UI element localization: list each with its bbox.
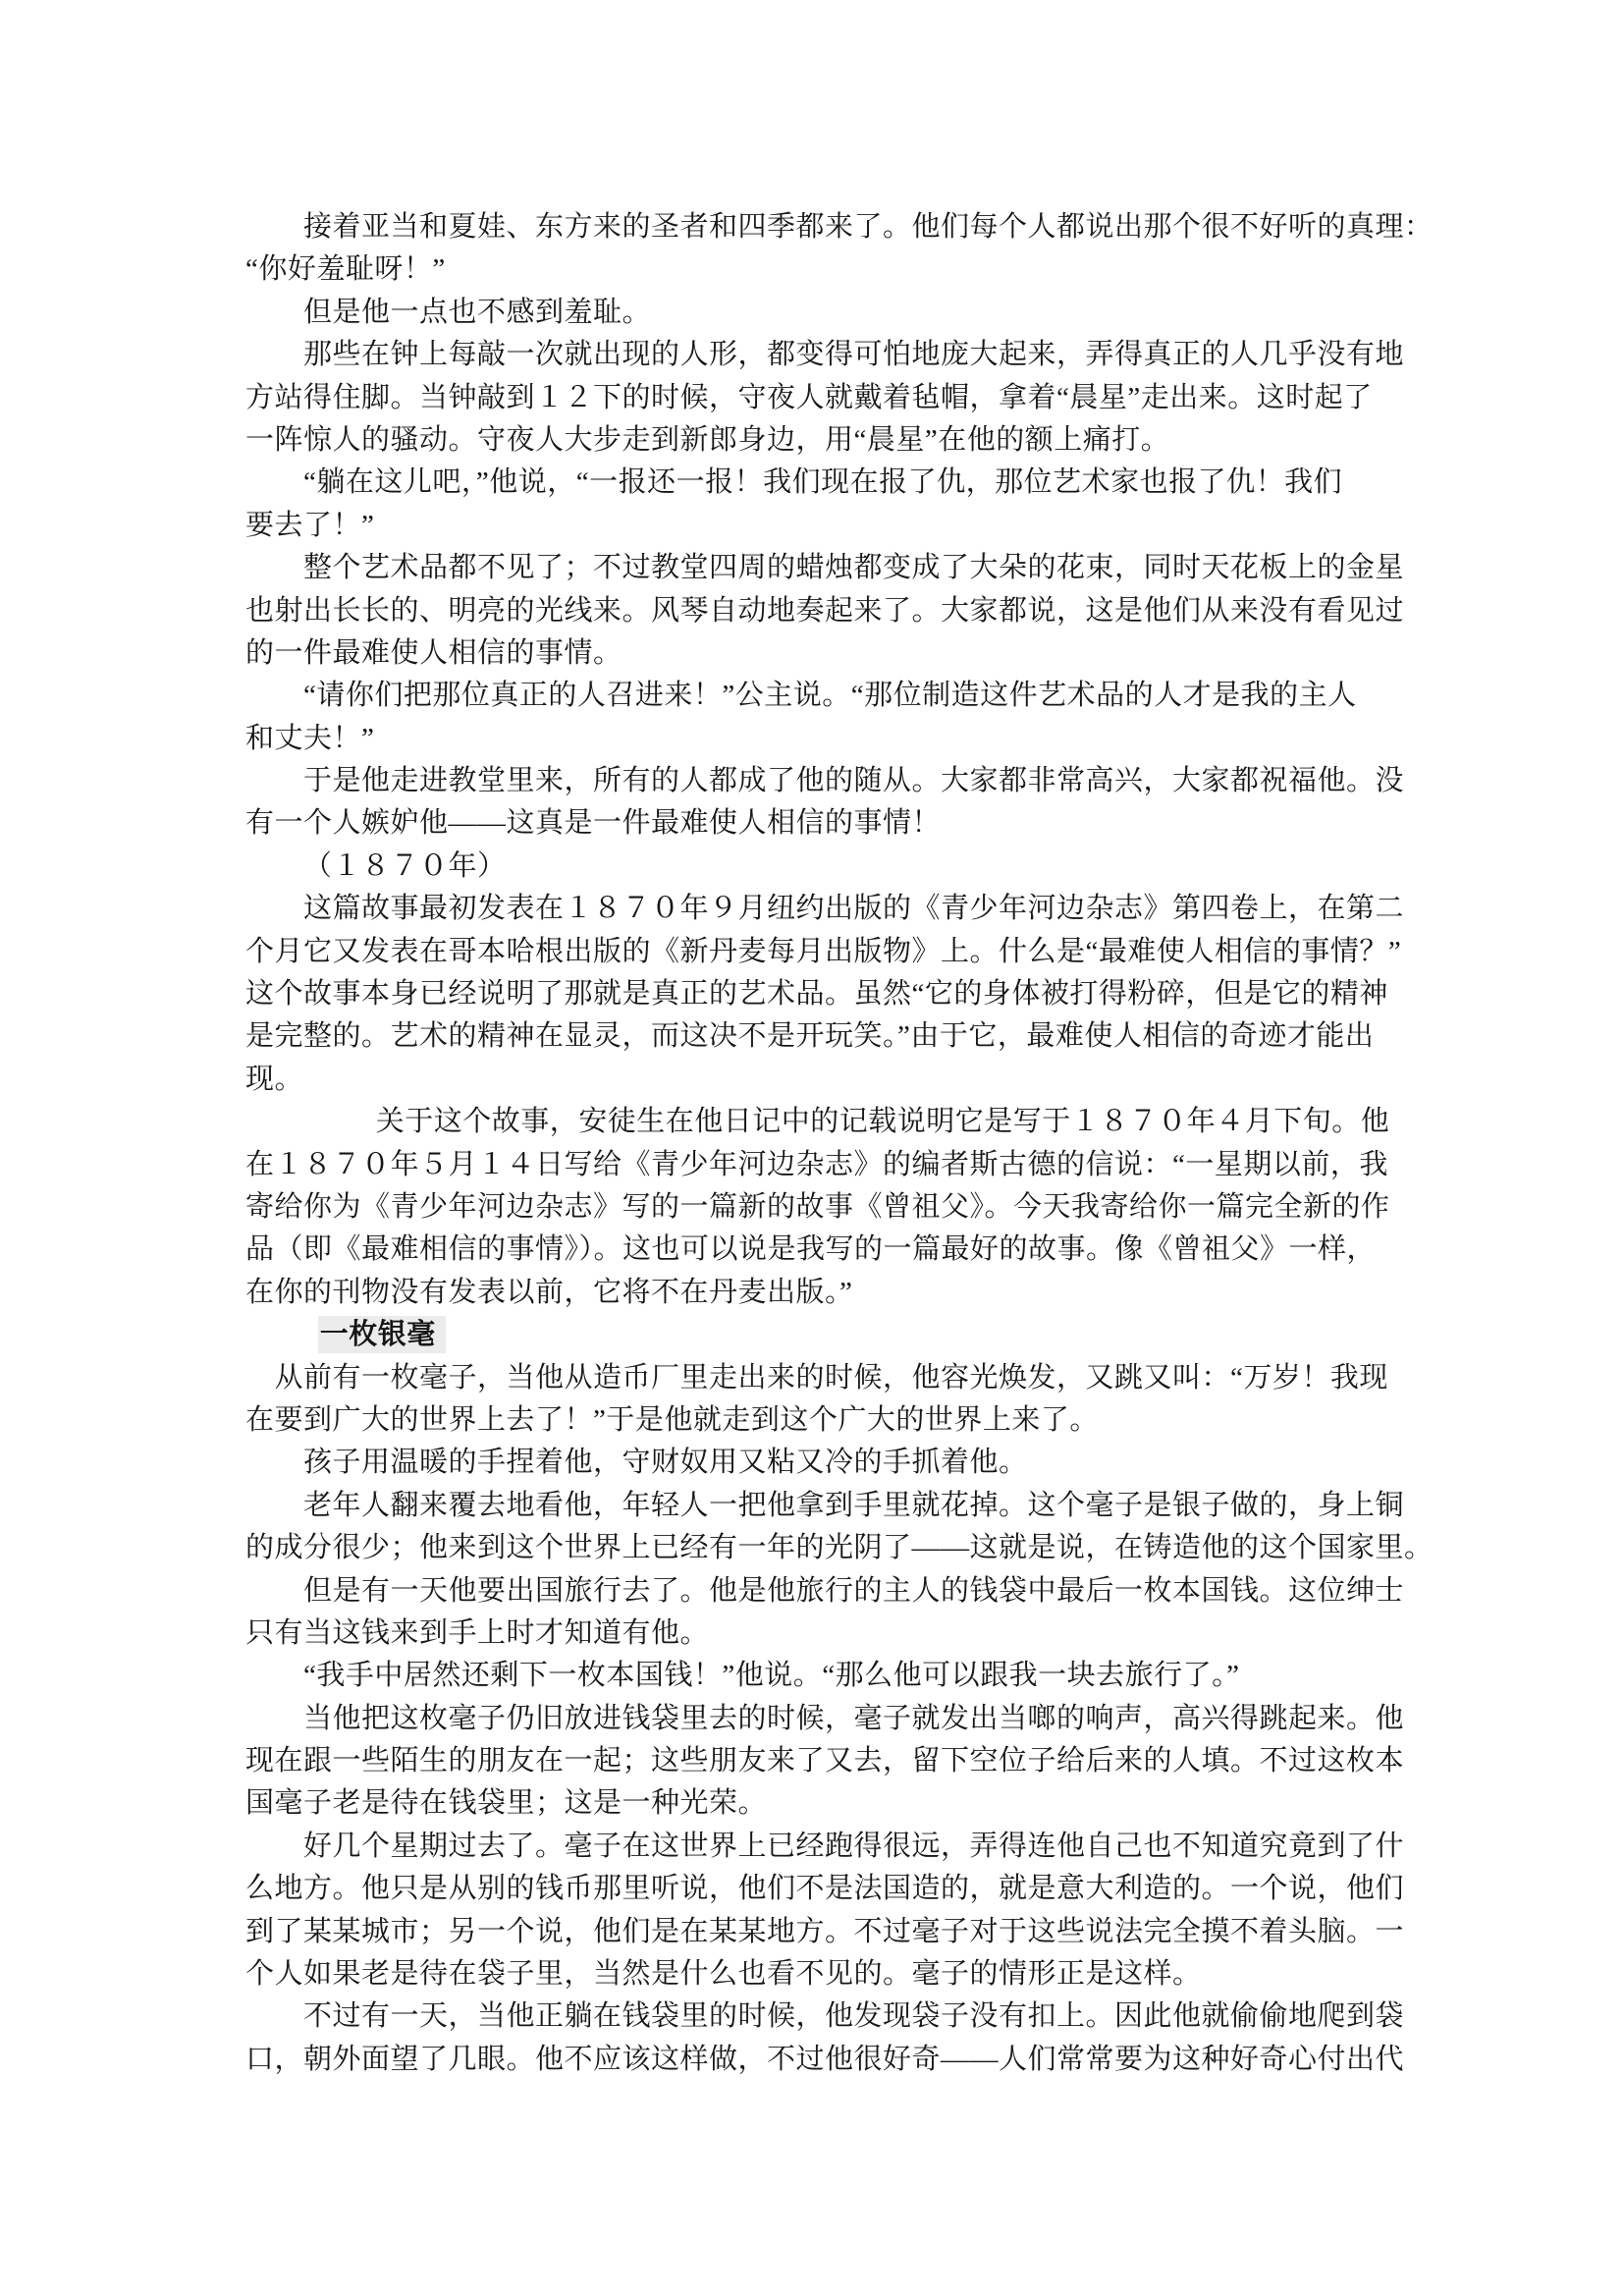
text-line: “请你们把那位真正的人召进来！”公主说。“那位制造这件艺术品的人才是我的主人 xyxy=(245,675,1434,717)
text-line: 老年人翻来覆去地看他，年轻人一把他拿到手里就花掉。这个毫子是银子做的，身上铜 xyxy=(245,1485,1434,1527)
text-line: 这个故事本身已经说明了那就是真正的艺术品。虽然“它的身体被打得粉碎，但是它的精神 xyxy=(245,973,1434,1015)
text-line: 一阵惊人的骚动。守夜人大步走到新郎身边，用“晨星”在他的额上痛打。 xyxy=(245,419,1434,462)
text-line: 国毫子老是待在钱袋里；这是一种光荣。 xyxy=(245,1782,1434,1825)
text-line: 当他把这枚毫子仍旧放进钱袋里去的时候，毫子就发出当啷的响声，高兴得跳起来。他 xyxy=(245,1698,1434,1740)
text-line: 品（即《最难相信的事情》）。这也可以说是我写的一篇最好的故事。像《曾祖父》一样， xyxy=(245,1229,1434,1271)
text-line: “你好羞耻呀！” xyxy=(245,248,1434,291)
section-heading: 一枚银毫 xyxy=(245,1314,1434,1356)
text-line: 是完整的。艺术的精神在显灵，而这决不是开玩笑。”由于它，最难使人相信的奇迹才能出 xyxy=(245,1015,1434,1058)
text-line: 于是他走进教堂里来，所有的人都成了他的随从。大家都非常高兴，大家都祝福他。没 xyxy=(245,760,1434,802)
text-line: 么地方。他只是从别的钱币那里听说，他们不是法国造的，就是意大利造的。一个说，他们 xyxy=(245,1868,1434,1910)
section-heading-highlight: 一枚银毫 xyxy=(318,1316,446,1353)
text-line: 也射出长长的、明亮的光线来。风琴自动地奏起来了。大家都说，这是他们从来没有看见过 xyxy=(245,590,1434,632)
text-line: 的成分很少；他来到这个世界上已经有一年的光阴了——这就是说，在铸造他的这个国家里… xyxy=(245,1527,1434,1569)
text-line: 到了某某城市；另一个说，他们是在某某地方。不过毫子对于这些说法完全摸不着头脑。一 xyxy=(245,1911,1434,1953)
text-line: 有一个人嫉妒他——这真是一件最难使人相信的事情！ xyxy=(245,802,1434,845)
text-line: 口，朝外面望了几眼。他不应该这样做，不过他很好奇——人们常常要为这种好奇心付出代 xyxy=(245,2039,1434,2081)
text-line: 在你的刊物没有发表以前，它将不在丹麦出版。” xyxy=(245,1272,1434,1314)
text-line: 这篇故事最初发表在１８７０年９月纽约出版的《青少年河边杂志》第四卷上，在第二 xyxy=(245,888,1434,930)
text-line: 关于这个故事，安徒生在他日记中的记载说明它是写于１８７０年４月下旬。他 xyxy=(245,1101,1434,1143)
text-line: 不过有一天，当他正躺在钱袋里的时候，他发现袋子没有扣上。因此他就偷偷地爬到袋 xyxy=(245,1995,1434,2038)
text-line: “我手中居然还剩下一枚本国钱！”他说。“那么他可以跟我一块去旅行了。” xyxy=(245,1655,1434,1697)
text-line: 现在跟一些陌生的朋友在一起；这些朋友来了又去，留下空位子给后来的人填。不过这枚本 xyxy=(245,1740,1434,1782)
text-line: 好几个星期过去了。毫子在这世界上已经跑得很远，弄得连他自己也不知道究竟到了什 xyxy=(245,1826,1434,1868)
text-line: 孩子用温暖的手捏着他，守财奴用又粘又冷的手抓着他。 xyxy=(245,1442,1434,1484)
text-line: 的一件最难使人相信的事情。 xyxy=(245,632,1434,675)
text-line: 在１８７０年５月１４日写给《青少年河边杂志》的编者斯古德的信说：“一星期以前，我 xyxy=(245,1144,1434,1186)
text-line: 只有当这钱来到手上时才知道有他。 xyxy=(245,1613,1434,1655)
text-line: “躺在这儿吧，”他说，“一报还一报！我们现在报了仇，那位艺术家也报了仇！我们 xyxy=(245,462,1434,504)
text-line: 现。 xyxy=(245,1059,1434,1101)
text-block: 接着亚当和夏娃、东方来的圣者和四季都来了。他们每个人都说出那个很不好听的真理：“… xyxy=(245,206,1434,2081)
text-line: 在要到广大的世界上去了！”于是他就走到这个广大的世界上来了。 xyxy=(245,1399,1434,1442)
document-page: 接着亚当和夏娃、东方来的圣者和四季都来了。他们每个人都说出那个很不好听的真理：“… xyxy=(0,0,1623,2296)
text-line: 和丈夫！” xyxy=(245,718,1434,760)
text-line: 接着亚当和夏娃、东方来的圣者和四季都来了。他们每个人都说出那个很不好听的真理： xyxy=(245,206,1434,248)
text-line: （１８７０年） xyxy=(245,846,1434,888)
text-line: 整个艺术品都不见了；不过教堂四周的蜡烛都变成了大朵的花束，同时天花板上的金星 xyxy=(245,547,1434,589)
text-line: 要去了！” xyxy=(245,505,1434,547)
text-line: 方站得住脚。当钟敲到１２下的时候，守夜人就戴着毡帽，拿着“晨星”走出来。这时起了 xyxy=(245,377,1434,419)
text-line: 但是他一点也不感到羞耻。 xyxy=(245,292,1434,334)
text-line: 个月它又发表在哥本哈根出版的《新丹麦每月出版物》上。什么是“最难使人相信的事情？… xyxy=(245,931,1434,973)
text-line: 个人如果老是待在袋子里，当然是什么也看不见的。毫子的情形正是这样。 xyxy=(245,1953,1434,1995)
text-line: 寄给你为《青少年河边杂志》写的一篇新的故事《曾祖父》。今天我寄给你一篇完全新的作 xyxy=(245,1186,1434,1229)
text-line: 但是有一天他要出国旅行去了。他是他旅行的主人的钱袋中最后一枚本国钱。这位绅士 xyxy=(245,1570,1434,1613)
text-line: 从前有一枚毫子，当他从造币厂里走出来的时候，他容光焕发，又跳又叫：“万岁！我现 xyxy=(245,1357,1434,1399)
text-line: 那些在钟上每敲一次就出现的人形，都变得可怕地庞大起来，弄得真正的人几乎没有地 xyxy=(245,334,1434,376)
